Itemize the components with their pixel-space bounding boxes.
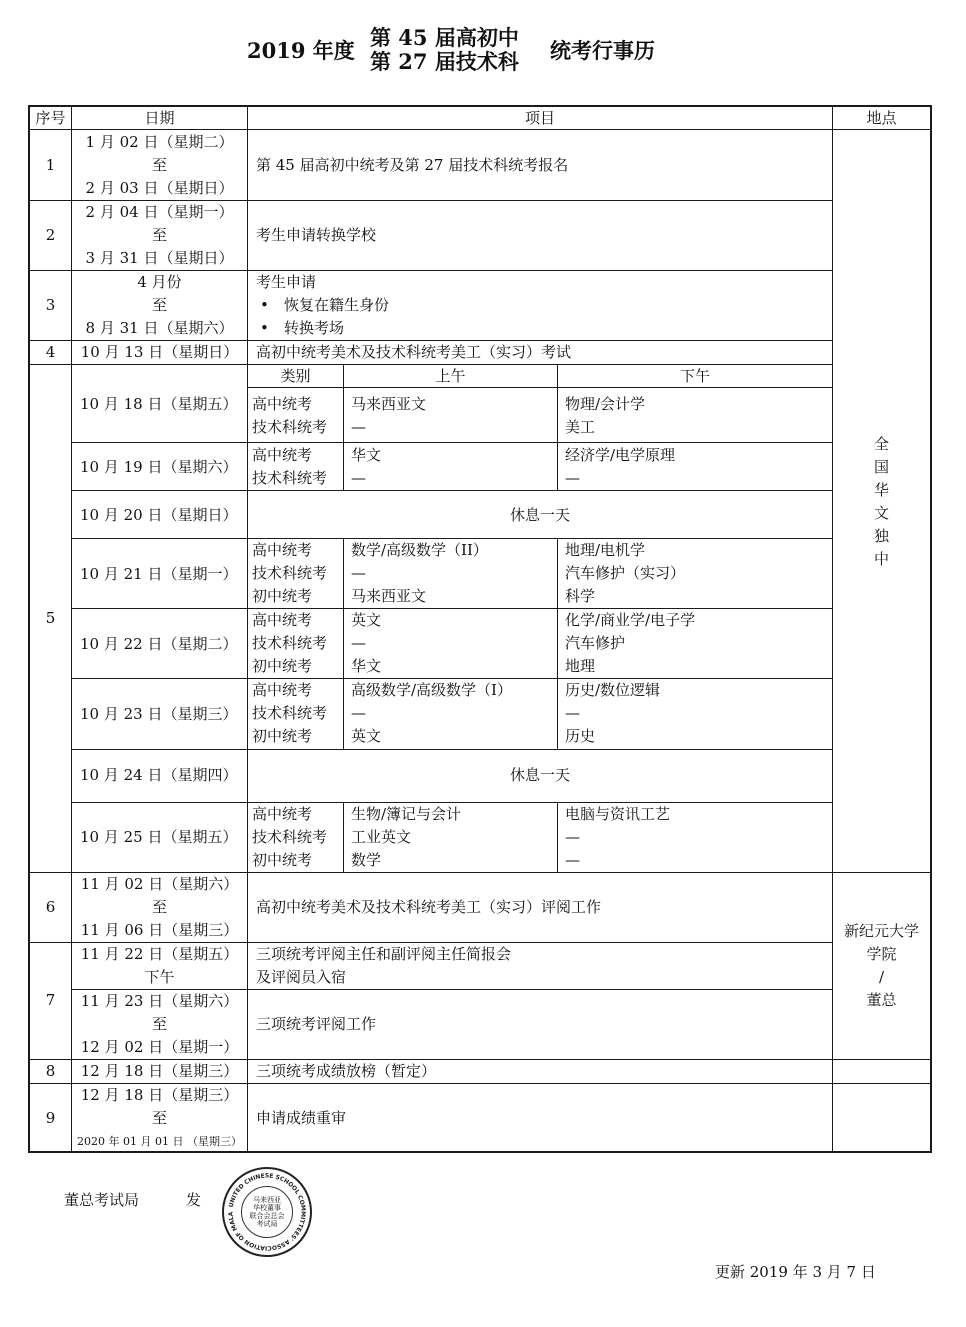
afternoon-subjects: 地理/电机学汽车修护（实习）科学 [565, 539, 685, 608]
date: 10 月 13 日（星期日） [72, 341, 247, 364]
date-range: 4 月份 至 8 月 31 日（星期六） [72, 271, 247, 340]
afternoon-subjects: 电脑与资讯工艺—— [565, 803, 670, 872]
row-number: 7 [30, 989, 71, 1012]
official-seal: UNITED CHINESE SCHOOL COMMITTEES' ASSOCI… [222, 1167, 312, 1257]
item-list: 考生申请 恢复在籍生身份 转换考场 [256, 271, 389, 340]
title-line-2: 第 27 届技术科 [370, 50, 519, 74]
divider [247, 105, 248, 1153]
subheader-morning: 上午 [344, 365, 557, 388]
exam-categories: 高中统考技术科统考初中统考 [252, 539, 327, 608]
date: 12 月 18 日（星期三） [72, 1060, 247, 1083]
morning-subjects: 高级数学/高级数学（I）—英文 [351, 679, 512, 748]
item-text: 第 45 届高初中统考及第 27 届技术科统考报名 [256, 154, 568, 177]
divider [71, 442, 833, 443]
row-number: 6 [30, 896, 71, 919]
bullet-item: 转换考场 [256, 317, 389, 340]
subheader-category: 类别 [248, 365, 343, 388]
exam-date: 10 月 19 日（星期六） [80, 456, 237, 479]
location-new-era-college: 新纪元大学学院 /董总 [833, 920, 930, 1012]
exam-categories: 高中统考技术科统考 [252, 444, 327, 490]
date-range: 12 月 18 日（星期三）至 2020 年 01 月 01 日 （星期三） [72, 1084, 247, 1153]
column-header-location: 地点 [833, 107, 930, 130]
item-text: 高初中统考美术及技术科统考美工（实习）评阅工作 [256, 896, 601, 919]
morning-subjects: 马来西亚文— [351, 393, 426, 439]
date-end: 8 月 31 日（星期六） [72, 317, 247, 340]
rest-day: 休息一天 [248, 764, 832, 787]
row-number: 8 [30, 1060, 71, 1083]
exam-date: 10 月 24 日（星期四） [80, 764, 237, 787]
item-text: 三项统考评阅工作 [256, 1013, 376, 1036]
exam-date: 10 月 20 日（星期日） [80, 504, 237, 527]
exam-date: 10 月 25 日（星期五） [80, 826, 237, 849]
date-to: 至 [72, 154, 247, 177]
morning-subjects: 数学/高级数学（II）—马来西亚文 [351, 539, 488, 608]
date-end: 3 月 31 日（星期日） [72, 247, 247, 270]
date-start: 1 月 02 日（星期二） [72, 131, 247, 154]
item-text: 申请成绩重审 [256, 1107, 346, 1130]
location-independent-schools: 全国华 文独中 [833, 433, 930, 571]
date-range: 11 月 02 日（星期六）至11 月 06 日（星期三） [72, 873, 247, 942]
date-range: 1 月 02 日（星期二） 至 2 月 03 日（星期日） [72, 131, 247, 200]
morning-subjects: 生物/簿记与会计工业英文数学 [351, 803, 461, 872]
divider [71, 749, 833, 750]
date-start: 2 月 04 日（星期一） [72, 201, 247, 224]
divider [71, 608, 833, 609]
row-number: 5 [30, 607, 71, 630]
morning-subjects: 华文— [351, 444, 381, 490]
exam-date: 10 月 22 日（星期二） [80, 633, 237, 656]
row-number: 2 [30, 224, 71, 247]
exam-date: 10 月 23 日（星期三） [80, 703, 237, 726]
divider [343, 538, 344, 749]
column-header-no: 序号 [30, 107, 71, 130]
exam-categories: 高中统考技术科统考初中统考 [252, 679, 327, 748]
date-start: 4 月份 [72, 271, 247, 294]
seal-inner: 马来西亚 华校董事 联合会总会 考试局 [241, 1186, 293, 1238]
exam-categories: 高中统考技术科统考初中统考 [252, 803, 327, 872]
subheader-afternoon: 下午 [558, 365, 832, 388]
date-range: 2 月 04 日（星期一） 至 3 月 31 日（星期日） [72, 201, 247, 270]
exam-date: 10 月 21 日（星期一） [80, 563, 237, 586]
date-to: 至 [72, 224, 247, 247]
updated-date: 更新 2019 年 3 月 7 日 [715, 1261, 876, 1284]
afternoon-subjects: 历史/数位逻辑—历史 [565, 679, 660, 748]
row-number: 1 [30, 154, 71, 177]
row-number: 4 [30, 341, 71, 364]
exam-date: 10 月 18 日（星期五） [80, 393, 237, 416]
divider [343, 802, 344, 872]
divider [557, 538, 558, 749]
item-text: 考生申请 [256, 271, 389, 294]
item-text: 考生申请转换学校 [256, 224, 376, 247]
exam-categories: 高中统考技术科统考初中统考 [252, 609, 327, 678]
afternoon-subjects: 经济学/电学原理— [565, 444, 675, 490]
divider [71, 490, 833, 491]
issuer: 董总考试局 [64, 1189, 139, 1212]
item-text: 三项统考成绩放榜（暂定） [256, 1060, 436, 1083]
afternoon-subjects: 化学/商业学/电子学汽车修护地理 [565, 609, 695, 678]
morning-subjects: 英文—华文 [351, 609, 381, 678]
table-border-right [930, 105, 932, 1153]
date-range: 11 月 22 日（星期五）下午 [72, 943, 247, 989]
divider [557, 802, 558, 872]
column-header-item: 项目 [248, 107, 832, 130]
row-number: 9 [30, 1107, 71, 1130]
item-text: 高初中统考美术及技术科统考美工（实习）考试 [256, 341, 571, 364]
date-to: 至 [72, 294, 247, 317]
exam-categories: 高中统考技术科统考 [252, 393, 327, 439]
date-end: 2 月 03 日（星期日） [72, 177, 247, 200]
date-range: 11 月 23 日（星期六）至12 月 02 日（星期一） [72, 990, 247, 1059]
afternoon-subjects: 物理/会计学美工 [565, 393, 645, 439]
title-line-1: 第 45 届高初中 [370, 26, 519, 50]
bullet-item: 恢复在籍生身份 [256, 294, 389, 317]
rest-day: 休息一天 [248, 504, 832, 527]
item-text: 三项统考评阅主任和副评阅主任简报会及评阅员入宿 [256, 943, 511, 989]
title-year: 2019 年度 [247, 39, 355, 63]
issue-word: 发 [186, 1189, 201, 1212]
column-header-date: 日期 [72, 107, 247, 130]
row-number: 3 [30, 294, 71, 317]
title-suffix: 统考行事历 [550, 39, 655, 63]
